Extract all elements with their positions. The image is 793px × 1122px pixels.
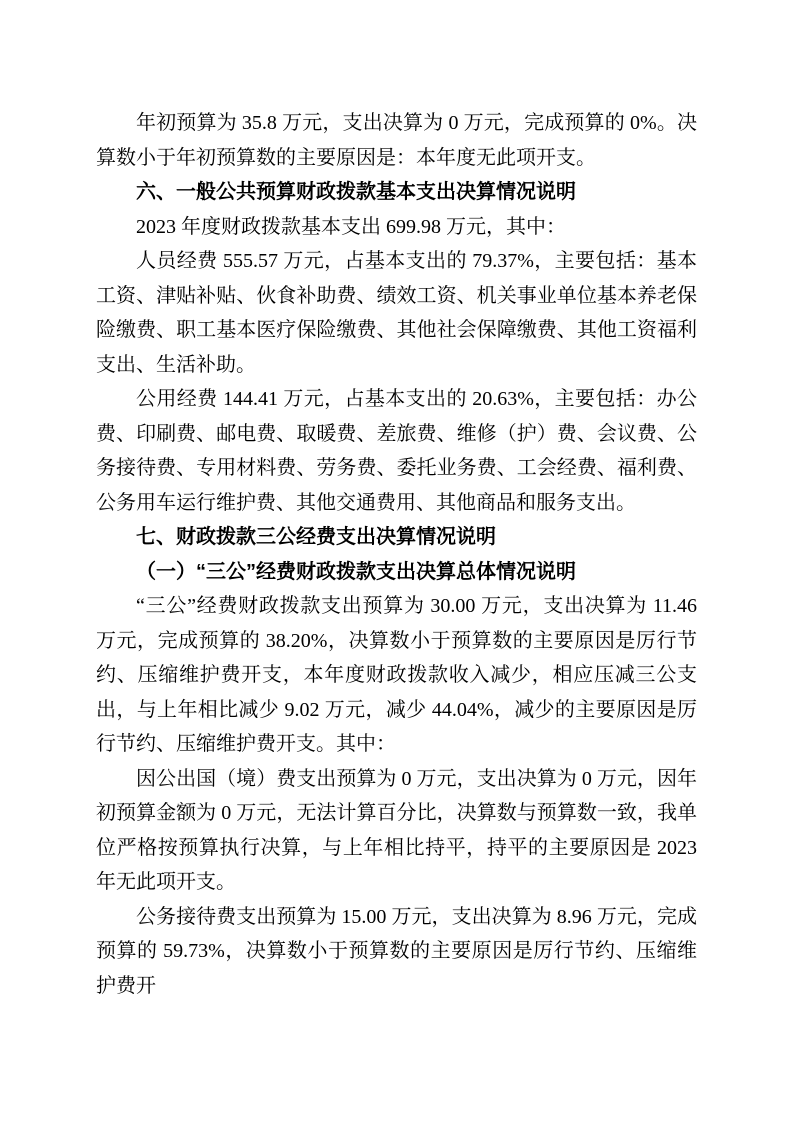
document-page: 年初预算为 35.8 万元，支出决算为 0 万元，完成预算的 0%。决算数小于年… xyxy=(0,0,793,1122)
heading-section-seven-three-public: 七、财政拨款三公经费支出决算情况说明 xyxy=(96,520,697,555)
heading-subsection-one-overview: （一）“三公”经费财政拨款支出决算总体情况说明 xyxy=(96,555,697,590)
para-annual-budget-note: 年初预算为 35.8 万元，支出决算为 0 万元，完成预算的 0%。决算数小于年… xyxy=(96,106,697,175)
para-public-funds: 公用经费 144.41 万元，占基本支出的 20.63%，主要包括：办公费、印刷… xyxy=(96,382,697,520)
para-official-reception-expense: 公务接待费支出预算为 15.00 万元，支出决算为 8.96 万元，完成预算的 … xyxy=(96,900,697,1004)
heading-section-six-basic-expenditure: 六、一般公共预算财政拨款基本支出决算情况说明 xyxy=(96,175,697,210)
para-three-public-overview: “三公”经费财政拨款支出预算为 30.00 万元，支出决算为 11.46 万元，… xyxy=(96,589,697,762)
para-overseas-trips-expense: 因公出国（境）费支出预算为 0 万元，支出决算为 0 万元，因年初预算金额为 0… xyxy=(96,762,697,900)
para-basic-expenditure-total: 2023 年度财政拨款基本支出 699.98 万元，其中： xyxy=(96,210,697,245)
para-personnel-funds: 人员经费 555.57 万元，占基本支出的 79.37%，主要包括：基本工资、津… xyxy=(96,244,697,382)
